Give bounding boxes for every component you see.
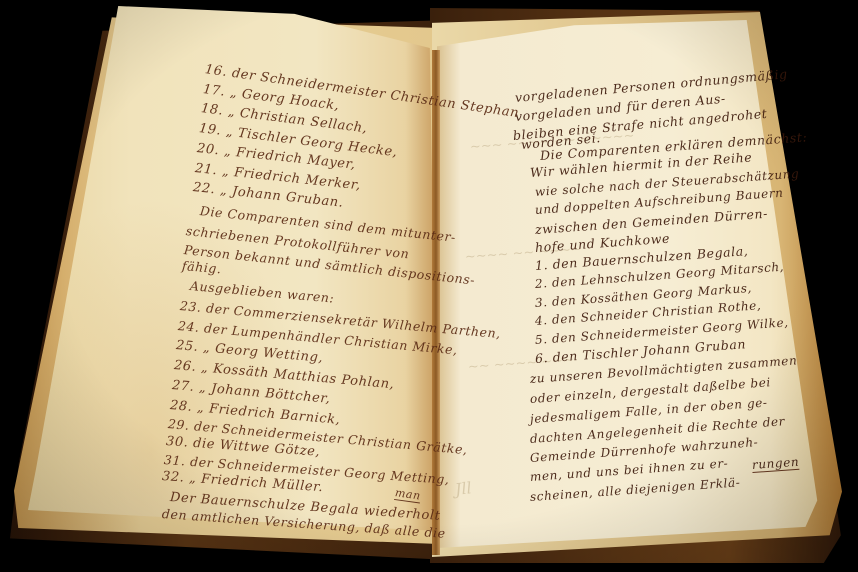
gutter-mark: Jll bbox=[454, 478, 473, 499]
book-photo: ~~~ ~~~~ ~~ ~~~~~ ~~~~ ~~ ~~~~ ~~ ~~~~ ~… bbox=[0, 0, 858, 572]
